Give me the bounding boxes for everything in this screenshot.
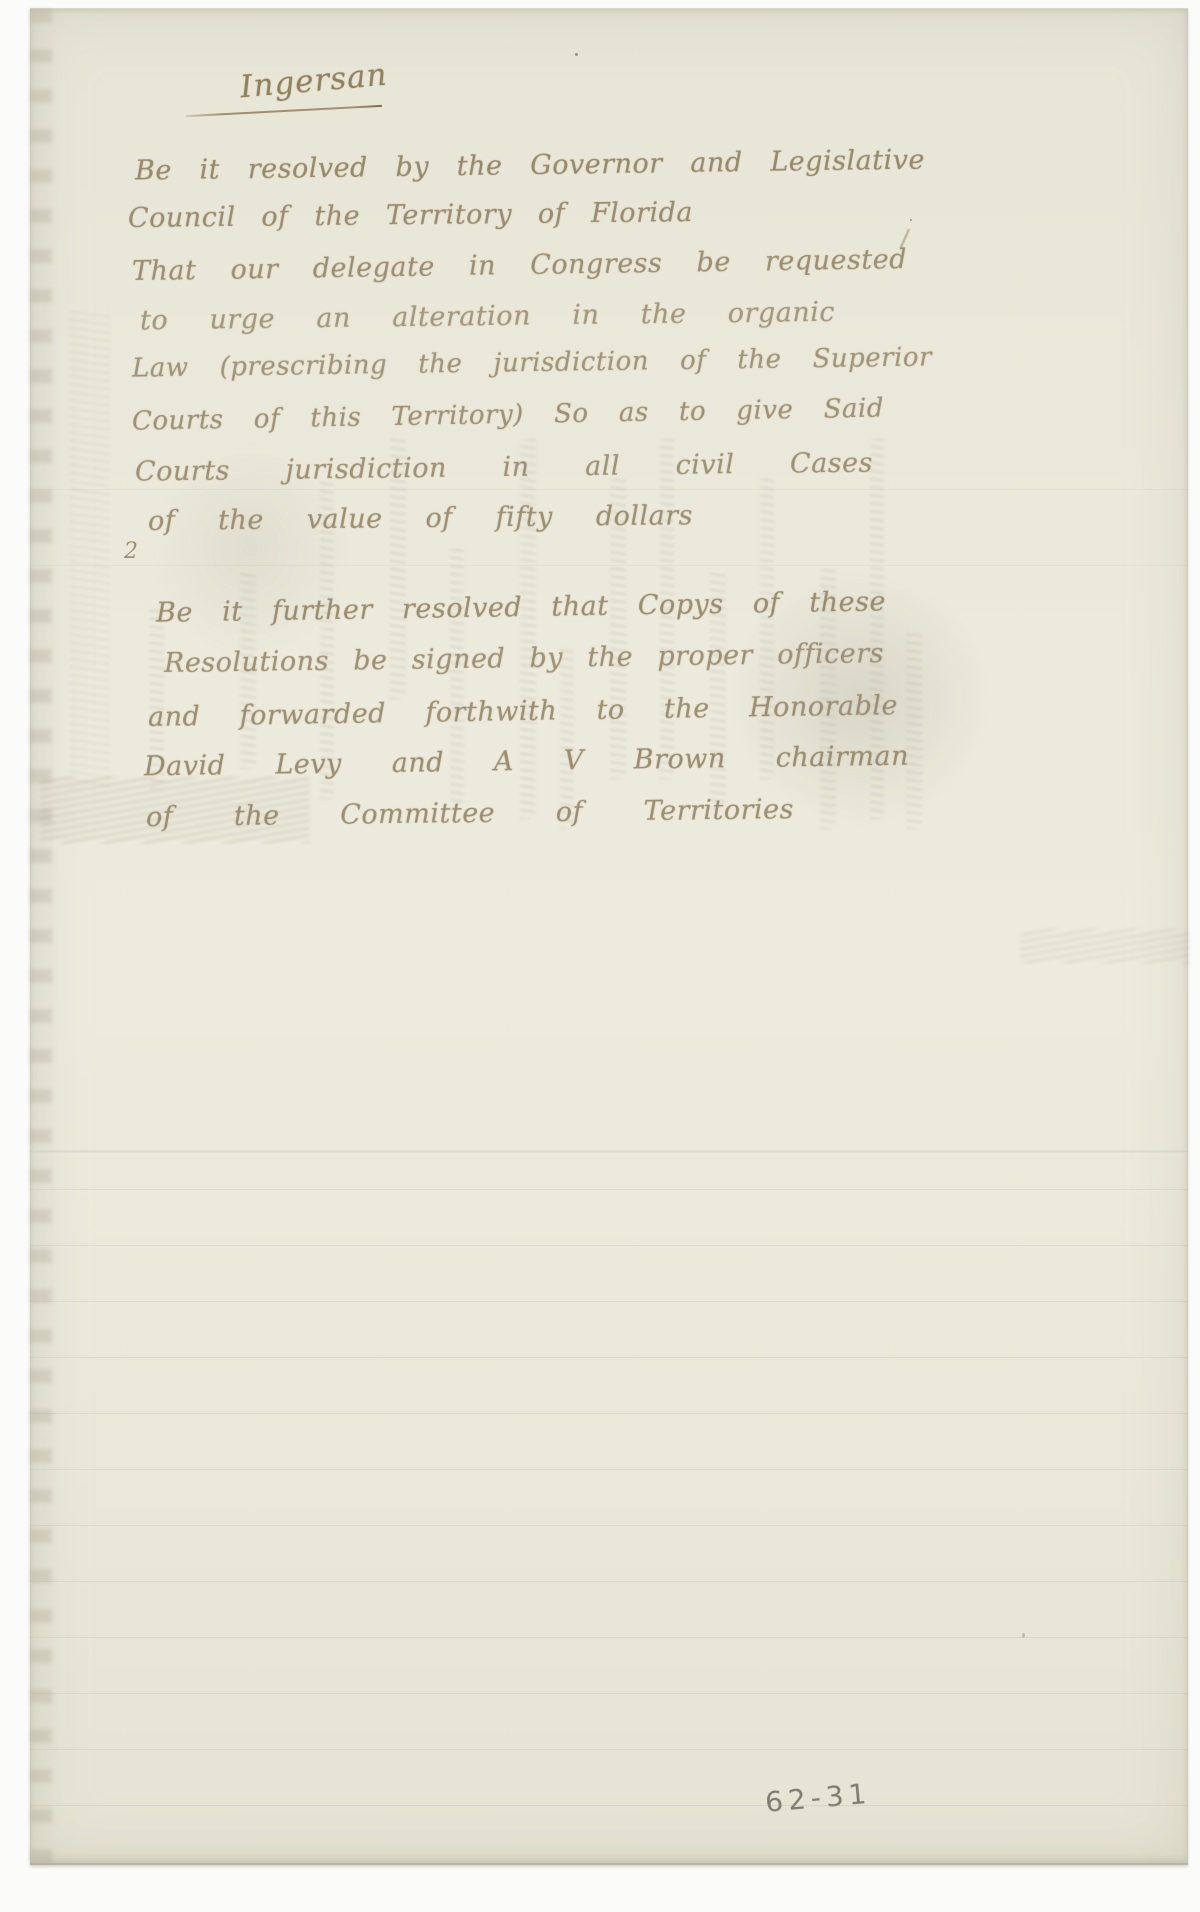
ink-speck bbox=[910, 219, 912, 221]
bleedthrough-mark bbox=[760, 479, 774, 779]
faint-rule bbox=[30, 565, 1188, 566]
manuscript-line: of the Committee of Territories bbox=[146, 795, 794, 833]
ink-speck bbox=[1022, 1633, 1025, 1638]
docket-heading: Ingersan bbox=[239, 57, 389, 106]
bleedthrough-mark bbox=[70, 309, 110, 789]
deckle-edge bbox=[30, 9, 52, 1863]
margin-note: 2 bbox=[124, 539, 138, 564]
manuscript-line: Courts jurisdiction in all civil Cases bbox=[135, 448, 873, 487]
manuscript-line: and forwarded forthwith to the Honorable bbox=[148, 691, 898, 732]
manuscript-line: Courts of this Territory) So as to give … bbox=[132, 394, 884, 436]
bleedthrough-squiggle bbox=[1020, 929, 1190, 963]
manuscript-line: Be it further resolved that Copys of the… bbox=[156, 587, 886, 628]
manuscript-line: of the value of fifty dollars bbox=[148, 501, 693, 536]
manuscript-line: David Levy and A V Brown chairman bbox=[144, 742, 909, 782]
manuscript-line: to urge an alteration in the organic bbox=[140, 298, 835, 336]
ink-speck bbox=[575, 53, 578, 56]
archival-number: 62-31 bbox=[764, 1776, 873, 1818]
fold-crease bbox=[30, 1150, 1188, 1153]
manuscript-line: Council of the Territory of Florida bbox=[128, 198, 693, 234]
manuscript-line: Law (prescribing the jurisdiction of the… bbox=[132, 343, 932, 383]
heading-underline bbox=[186, 105, 382, 117]
scanned-document-page: { "document": { "heading": "Ingersan", "… bbox=[0, 0, 1200, 1912]
laid-lines-texture bbox=[30, 1189, 1188, 1861]
faint-rule bbox=[30, 489, 1188, 490]
manuscript-line: That our delegate in Congress be request… bbox=[132, 245, 907, 287]
manuscript-paper: Ingersan Be it resolved by the Governor … bbox=[30, 8, 1188, 1865]
bleedthrough-mark bbox=[906, 629, 922, 829]
manuscript-line: Be it resolved by the Governor and Legis… bbox=[135, 145, 925, 186]
manuscript-line: Resolutions be signed by the proper offi… bbox=[164, 639, 884, 679]
